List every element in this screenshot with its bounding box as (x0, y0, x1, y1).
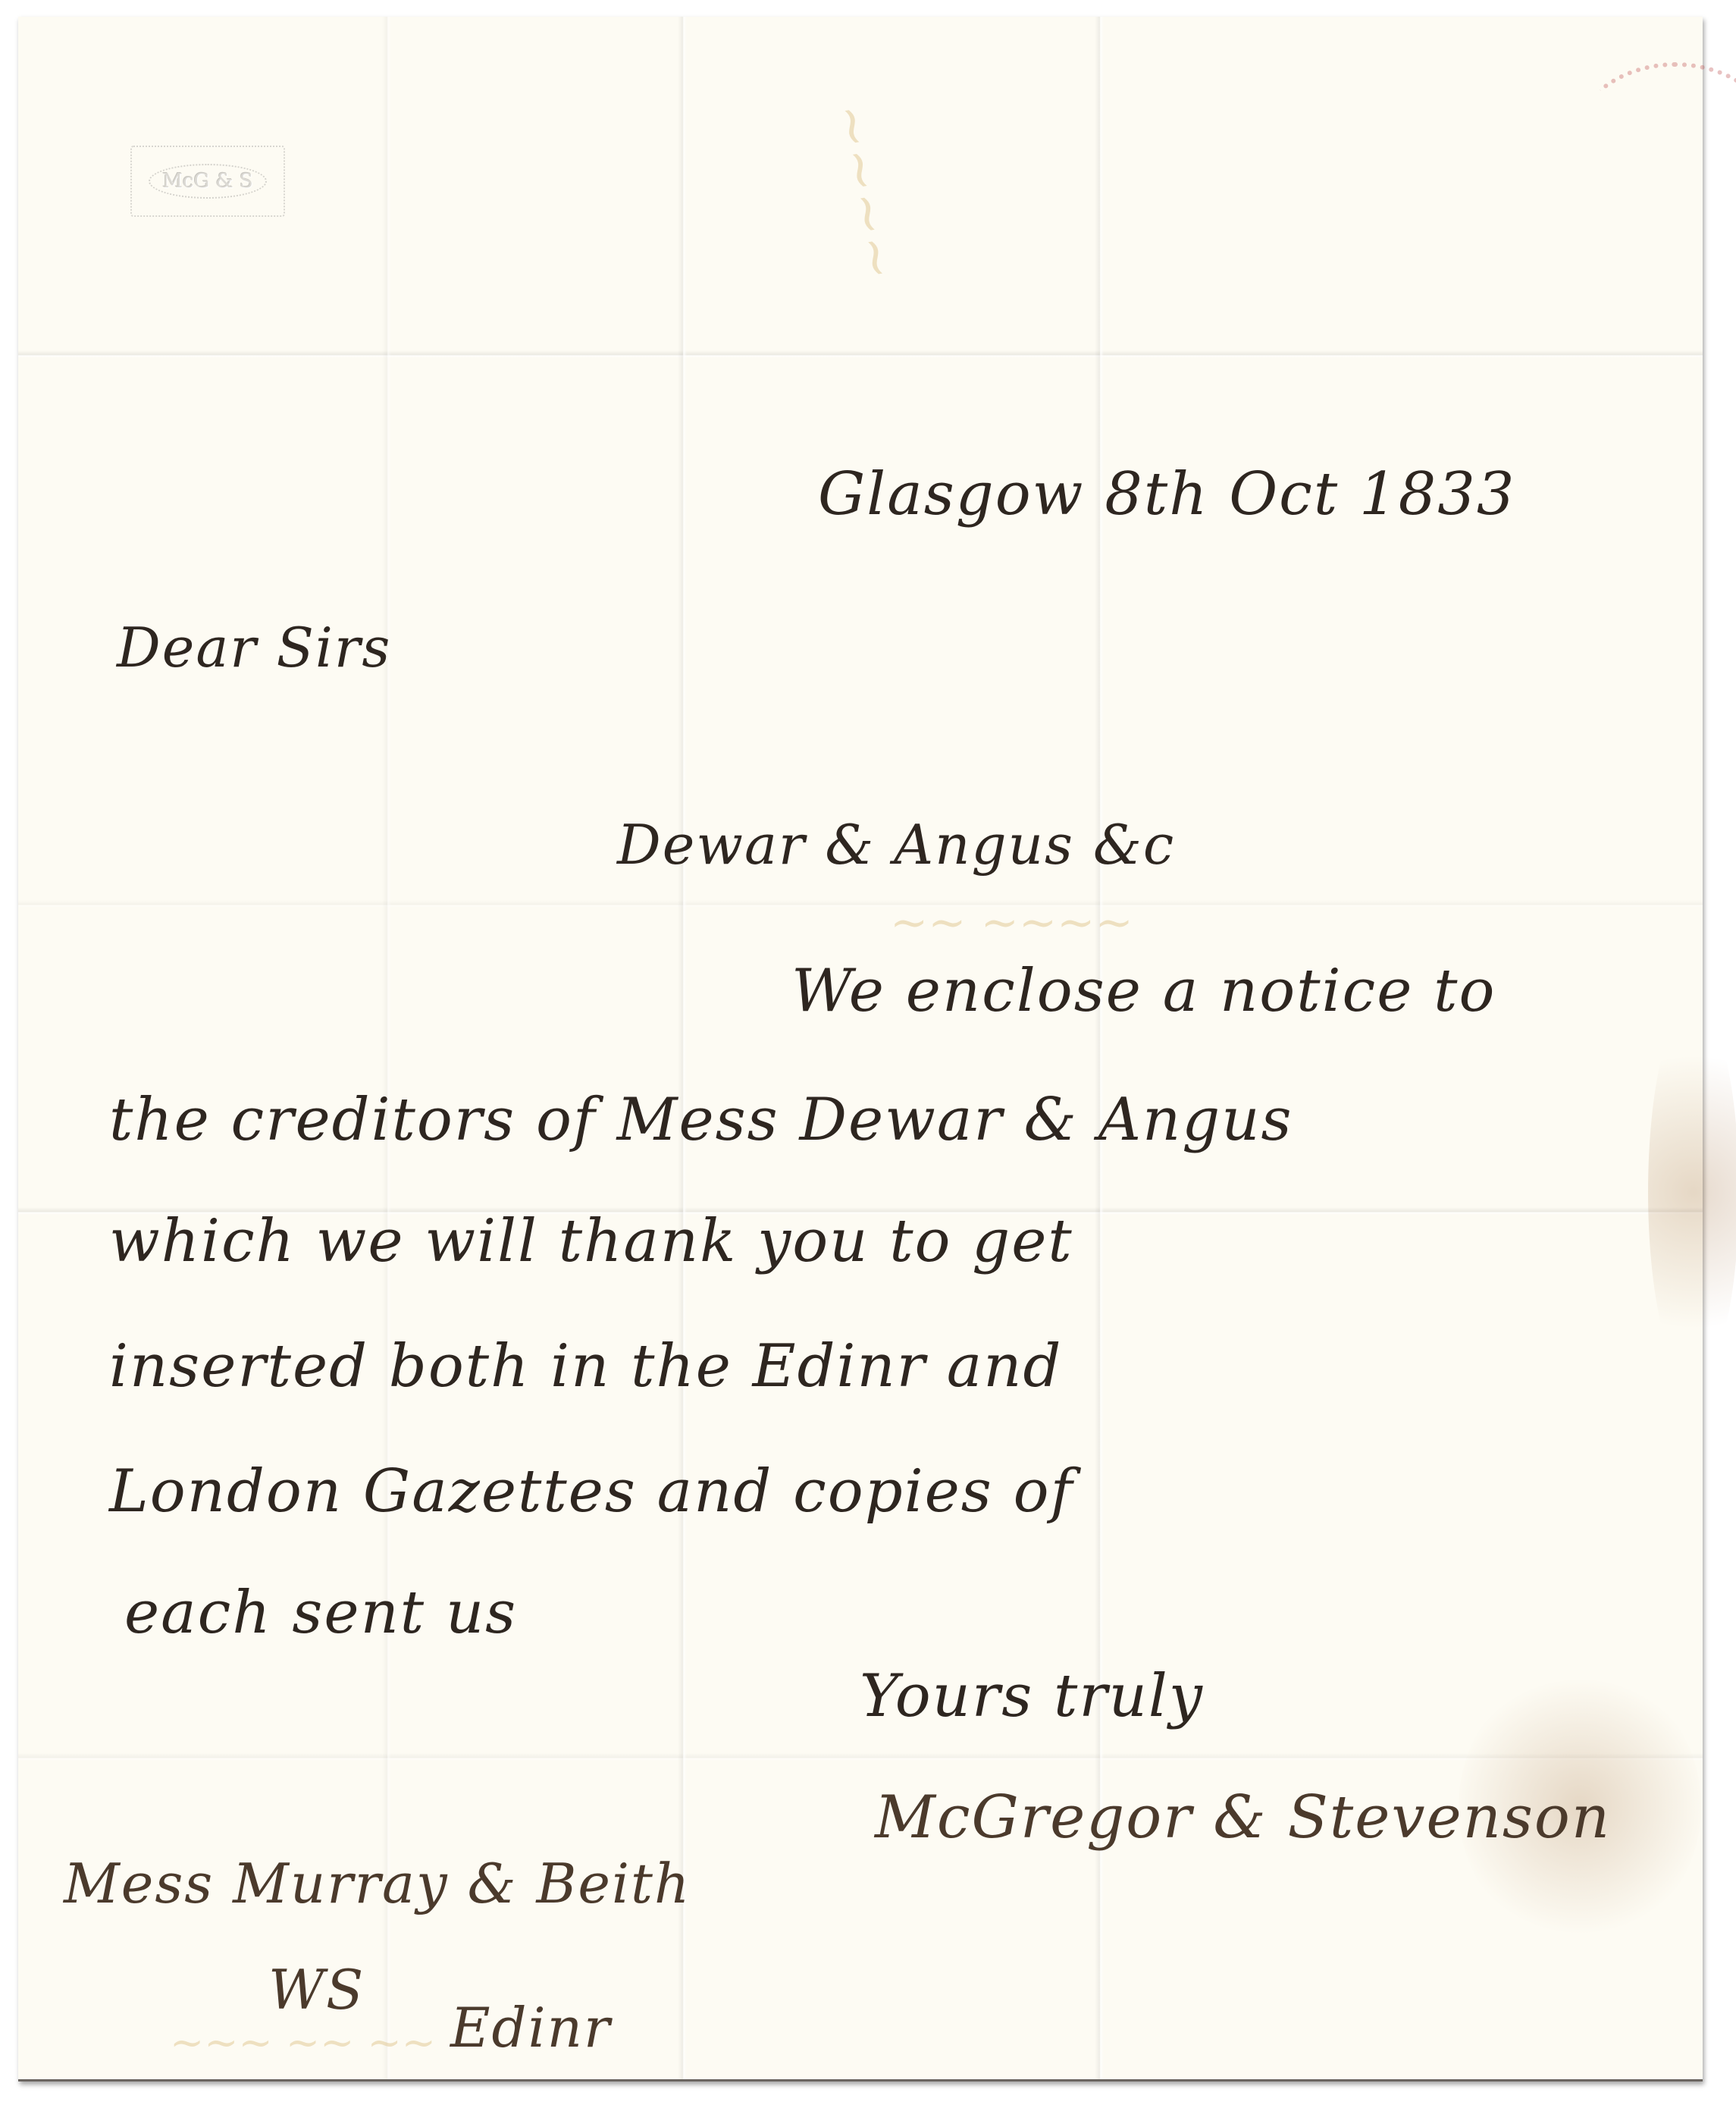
body-line-3: which we will thank you to get (109, 1207, 1073, 1275)
fold-crease (678, 17, 687, 2079)
fold-crease (18, 900, 1703, 908)
subject-line: Dewar & Angus &c (617, 813, 1175, 877)
fold-crease (1095, 17, 1104, 2079)
age-stain (1648, 1002, 1736, 1382)
body-line-6: each sent us (124, 1579, 517, 1647)
postmark-icon (1572, 62, 1736, 223)
body-line-5: London Gazettes and copies of (109, 1457, 1073, 1526)
bleed-through-ink: ~~~ ~~ ~~ (170, 2019, 436, 2066)
body-line-2: the creditors of Mess Dewar & Angus (109, 1086, 1293, 1154)
embossed-stamp: McG & S (130, 146, 285, 217)
closing: Yours truly (860, 1662, 1204, 1730)
fold-crease (382, 17, 391, 2079)
signature: McGregor & Stevenson (875, 1783, 1611, 1852)
bleed-through-ink: ~~~~ (819, 99, 911, 284)
letter-sheet: McG & S ~~~~ ~~ ~~~~ ~~~ ~~ ~~ Glasgow 8… (18, 17, 1703, 2081)
fold-crease (18, 350, 1703, 358)
emboss-text: McG & S (149, 164, 266, 199)
date-line: Glasgow 8th Oct 1833 (818, 460, 1516, 529)
bleed-through-ink: ~~ ~~~~ (890, 896, 1133, 949)
address-line-2: WS (268, 1958, 365, 2022)
address-line-1: Mess Murray & Beith (64, 1852, 691, 1915)
body-line-4: inserted both in the Edinr and (109, 1332, 1062, 1401)
salutation: Dear Sirs (117, 616, 391, 679)
address-line-3: Edinr (450, 1996, 611, 2060)
fold-crease (18, 1753, 1703, 1761)
body-line-1: We enclose a notice to (791, 957, 1496, 1025)
